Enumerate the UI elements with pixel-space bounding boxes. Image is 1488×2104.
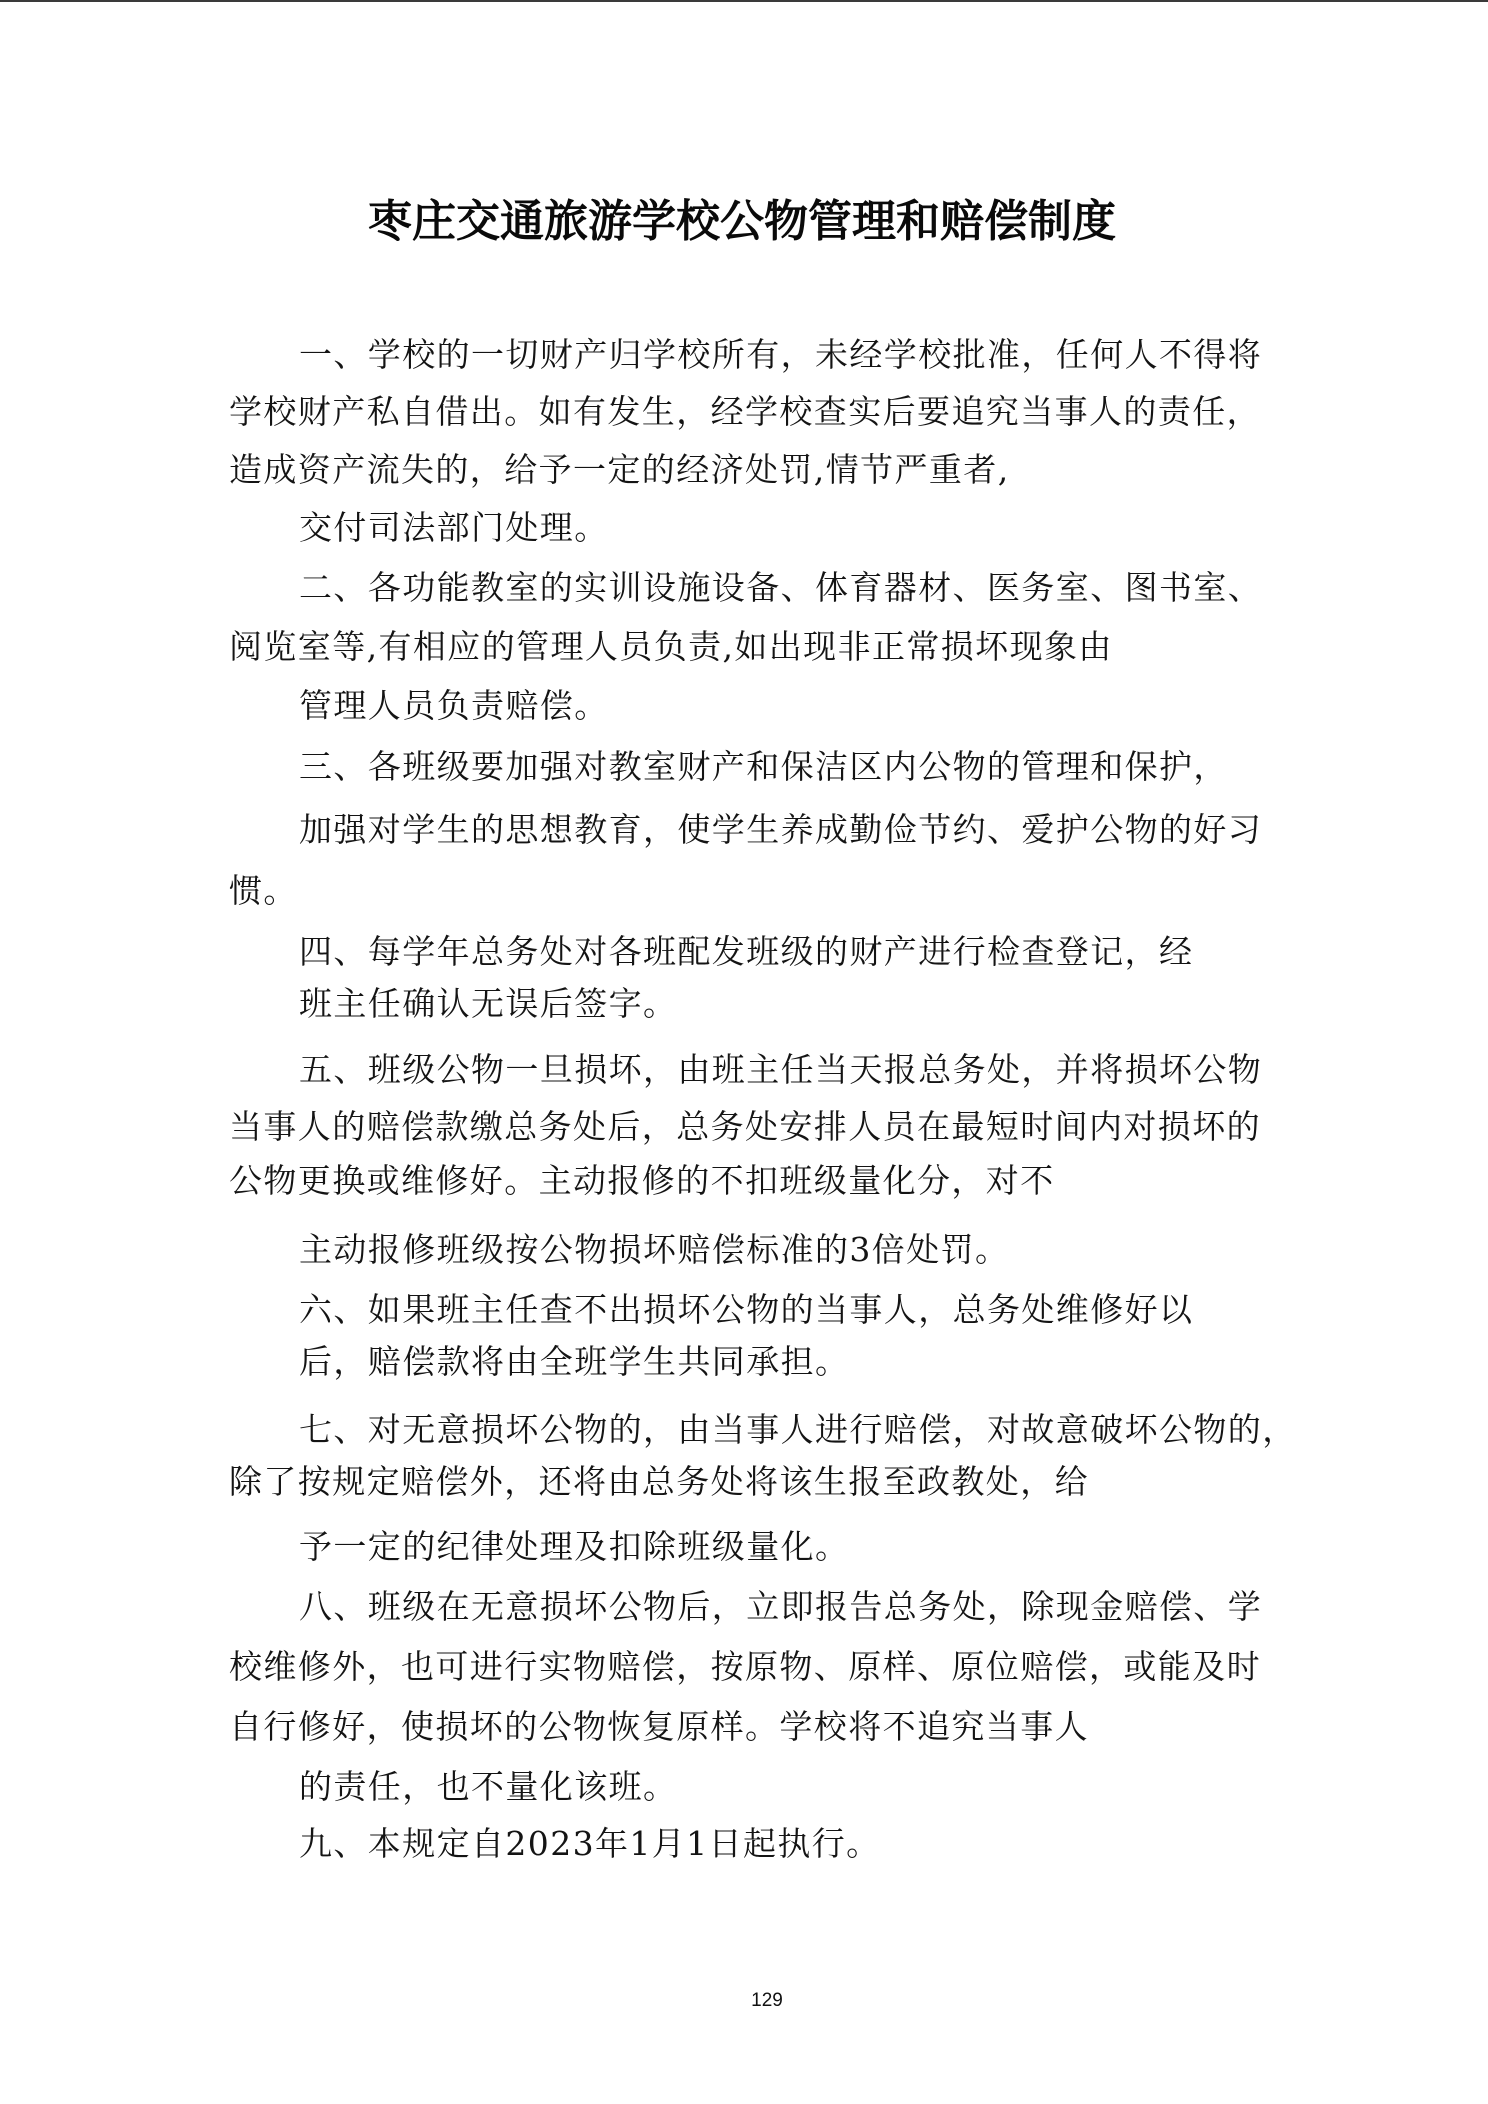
text-line: 五、班级公物一旦损坏，由班主任当天报总务处，并将损坏公物 [299,1052,1262,1088]
text-line: 二、各功能教室的实训设施设备、体育器材、医务室、图书室、 [299,570,1262,606]
text-line: 班主任确认无误后签字。 [299,986,677,1022]
text-line: 管理人员负责赔偿。 [299,688,609,724]
text-line: 自行修好，使损坏的公物恢复原样。学校将不追究当事人 [229,1709,1089,1745]
text-line: 阅览室等,有相应的管理人员负责,如出现非正常损坏现象由 [229,629,1113,665]
document-page: 枣庄交通旅游学校公物管理和赔偿制度 一、学校的一切财产归学校所有，未经学校批准，… [0,0,1488,2104]
text-line: 除了按规定赔偿外，还将由总务处将该生报至政教处，给 [229,1464,1089,1500]
text-line: 八、班级在无意损坏公物后，立即报告总务处，除现金赔偿、学 [299,1589,1262,1625]
text-line: 公物更换或维修好。主动报修的不扣班级量化分，对不 [229,1163,1055,1199]
document-title-text: 枣庄交通旅游学校公物管理和赔偿制度 [368,196,1116,247]
text-line: 予一定的纪律处理及扣除班级量化。 [299,1529,849,1565]
text-line: 惯。 [229,873,298,909]
text-line: 九、本规定自2023年1月1日起执行。 [299,1826,881,1862]
text-line: 主动报修班级按公物损坏赔偿标准的3倍处罚。 [299,1232,1009,1268]
document-title: 枣庄交通旅游学校公物管理和赔偿制度 [0,199,1488,245]
text-line: 三、各班级要加强对教室财产和保洁区内公物的管理和保护， [299,749,1228,785]
text-line: 七、对无意损坏公物的，由当事人进行赔偿，对故意破坏公物的， [299,1412,1297,1448]
text-line: 学校财产私自借出。如有发生，经学校查实后要追究当事人的责任， [229,394,1261,430]
text-line: 一、学校的一切财产归学校所有，未经学校批准，任何人不得将 [299,337,1262,373]
text-line: 当事人的赔偿款缴总务处后，总务处安排人员在最短时间内对损坏的 [229,1109,1261,1145]
text-line: 造成资产流失的，给予一定的经济处罚,情节严重者, [229,452,1010,488]
text-line: 六、如果班主任查不出损坏公物的当事人，总务处维修好以 [299,1292,1193,1328]
text-line: 四、每学年总务处对各班配发班级的财产进行检查登记，经 [299,934,1193,970]
text-line: 后，赔偿款将由全班学生共同承担。 [299,1344,849,1380]
text-line: 的责任，也不量化该班。 [299,1769,677,1805]
text-line: 校维修外，也可进行实物赔偿，按原物、原样、原位赔偿，或能及时 [229,1649,1261,1685]
text-line: 交付司法部门处理。 [299,510,609,546]
text-line: 加强对学生的思想教育，使学生养成勤俭节约、爱护公物的好习 [299,812,1262,848]
page-number: 129 [0,1990,1488,2012]
